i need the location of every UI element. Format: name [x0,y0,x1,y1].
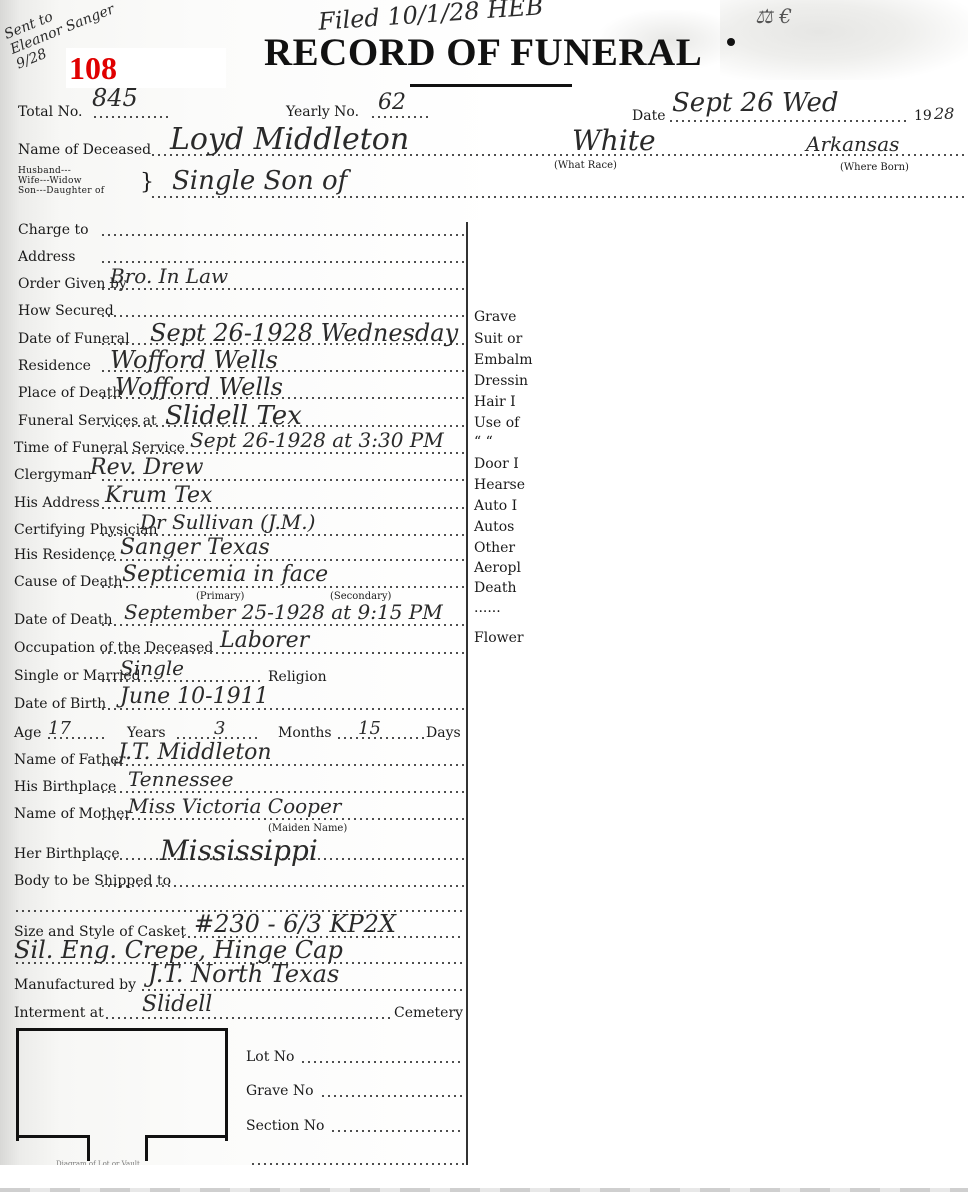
dotted-line [300,1061,464,1063]
lot-diagram-box [16,1028,228,1141]
months-label: Months [278,725,332,741]
total-no-value: 845 [92,84,138,112]
total-no-label: Total No. [18,104,82,120]
dotted-line [100,234,464,236]
dotted-line [100,288,464,290]
field-label: Clergyman [14,467,92,483]
dotted-line [100,818,464,820]
service-item-label: Aeropl [474,560,521,576]
service-item-label: Dressin [474,373,528,389]
relation-label-son: Son---Daughter of [18,186,104,196]
field-value: Tennessee [128,767,233,791]
service-item-label: Auto I [474,498,517,514]
relation-label-husband: Husband--- [18,166,71,176]
service-item-label: Death [474,580,517,596]
field-value: Krum Tex [105,483,212,508]
field-value: Slidell Tex [165,401,302,431]
casket-value: #230 - 6/3 KP2X [194,910,396,938]
service-item-label: ...... [474,600,501,616]
dotted-line [100,452,464,454]
column-divider [466,222,468,1167]
page-number-badge: 108 [66,48,226,88]
age-days: 15 [358,718,381,739]
service-item-label: Autos [474,519,514,535]
page-number: 108 [69,50,117,87]
stain-scribble: ⚖ € [755,4,792,28]
service-item-label: Suit or [474,331,522,347]
grave-no-label: Grave No [246,1083,314,1099]
dotted-line [104,1017,394,1019]
dotted-line [330,1130,464,1132]
lot-diagram-edge [16,1135,90,1138]
name-of-deceased-label: Name of Deceased [18,142,151,158]
lot-diagram-edge [87,1135,90,1161]
next-page-edge [0,1188,968,1192]
field-value: September 25-1928 at 9:15 PM [124,600,443,624]
field-value: Sanger Texas [120,535,270,560]
field-value: Mississippi [160,834,318,867]
dotted-line [100,315,464,317]
lot-diagram-edge [145,1135,148,1161]
service-item-label: Grave [474,309,516,325]
field-label: Residence [18,358,91,374]
field-value: Septicemia in face [122,562,328,587]
field-value: Sept 26-1928 Wednesday [150,319,458,347]
field-value: Sept 26-1928 at 3:30 PM [190,428,444,452]
service-item-label: Other [474,540,515,556]
yearly-no-label: Yearly No. [286,104,359,120]
year-suffix: 28 [934,104,954,123]
date-value: Sept 26 Wed [672,88,839,118]
dotted-line [100,885,464,887]
dotted-line [150,196,965,198]
page-title: RECORD OF FUNERAL [264,30,702,75]
field-value: Miss Victoria Cooper [128,794,341,818]
manufacturer-value: J.T. North Texas [148,960,339,988]
field-value: Laborer [220,628,309,653]
lot-no-label: Lot No [246,1049,294,1065]
service-item-label: Door I [474,456,519,472]
field-value: June 10-1911 [120,684,269,709]
section-no-label: Section No [246,1118,324,1134]
field-value: Wofford Wells [110,346,278,374]
service-item-label: Hearse [474,477,525,493]
dotted-line [370,116,430,118]
field-label: His Address [14,495,100,511]
relation-label-wife: Wife---Widow [18,176,82,186]
birthplace-value: Arkansas [806,132,899,156]
relation-value: Single Son of [172,166,347,196]
field-value: Single [120,656,184,680]
dotted-line [100,624,464,626]
field-value: Dr Sullivan (J.M.) [140,510,315,534]
service-item-label: Flower [474,630,524,646]
dotted-line [668,120,908,122]
right-blank-area [468,220,968,1165]
yearly-no-value: 62 [378,90,406,115]
years-label: Years [127,725,166,741]
field-label: Date of Birth [14,696,106,712]
deceased-name: Loyd Middleton [170,122,409,157]
dotted-line [100,261,464,263]
service-item-label: Use of [474,415,519,431]
dotted-line [320,1095,464,1097]
field-label: Address [18,249,75,265]
days-label: Days [426,725,461,741]
date-label: Date [632,108,665,124]
year-prefix: 19 [914,108,932,124]
field-value: Bro. In Law [110,264,228,288]
field-value: Rev. Drew [90,455,203,480]
dotted-line [100,680,260,682]
dotted-line [92,116,172,118]
field-label: Charge to [18,222,89,238]
interment-label: Interment at [14,1005,104,1021]
race-value: White [572,124,656,157]
title-underline [410,84,572,87]
birthplace-caption: (Where Born) [840,162,909,173]
lot-diagram-edge [145,1135,225,1138]
ink-dot [727,38,735,46]
age-months: 3 [214,718,225,739]
service-item-label: Embalm [474,352,533,368]
manufacturer-label: Manufactured by [14,977,136,993]
age-years: 17 [48,718,71,739]
race-caption: (What Race) [554,160,617,171]
interment-value: Slidell [142,992,212,1017]
service-item-label: Hair I [474,394,516,410]
religion-label: Religion [268,669,327,685]
cemetery-label: Cemetery [394,1005,463,1021]
primary-caption: (Primary) [196,591,244,602]
maiden-name-caption: (Maiden Name) [268,823,347,834]
secondary-caption: (Secondary) [330,591,391,602]
age-label: Age [14,725,41,741]
relation-brace: } [140,170,154,195]
field-value: Wofford Wells [115,373,283,401]
dotted-line [100,791,464,793]
service-item-label: “ “ [474,434,493,450]
field-label: Date of Death [14,612,113,628]
field-value: J.T. Middleton [118,740,272,765]
dotted-line [140,989,464,991]
